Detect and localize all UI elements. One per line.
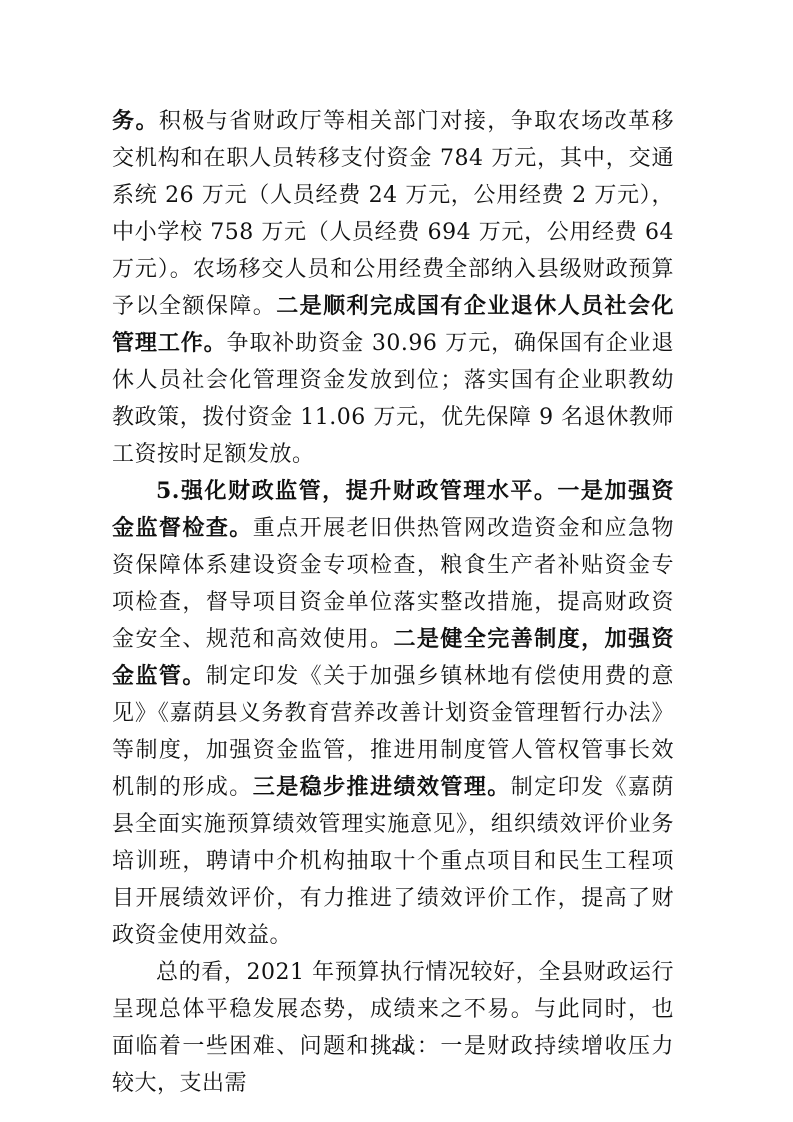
text-run: 积极与省财政厅等相关部门对接，争取农场改革移交机构和在职人员转移支付资金 784… [112,109,674,319]
paragraph-fiscal-supervision: 5.强化财政监管，提升财政管理水平。一是加强资金监督检查。重点开展老旧供热管网改… [112,473,674,954]
document-page: 务。积极与省财政厅等相关部门对接，争取农场改革移交机构和在职人员转移支付资金 7… [0,0,793,1122]
document-body: 务。积极与省财政厅等相关部门对接，争取农场改革移交机构和在职人员转移支付资金 7… [112,103,674,1102]
paragraph-summary-outlook: 总的看，2021 年预算执行情况较好，全县财政运行呈现总体平稳发展态势，成绩来之… [112,954,674,1102]
text-run: 总的看，2021 年预算执行情况较好，全县财政运行呈现总体平稳发展态势，成绩来之… [112,960,674,1096]
text-run: 三是稳步推进绩效管理。 [253,774,511,800]
text-run: 制定印发《嘉荫县全面实施预算绩效管理实施意见》，组织绩效评价业务培训班，聘请中介… [112,775,674,948]
paragraph-farm-transfer: 务。积极与省财政厅等相关部门对接，争取农场改革移交机构和在职人员转移支付资金 7… [112,103,674,473]
page-number: 121 [0,1037,793,1055]
text-run: 务。 [112,108,159,134]
